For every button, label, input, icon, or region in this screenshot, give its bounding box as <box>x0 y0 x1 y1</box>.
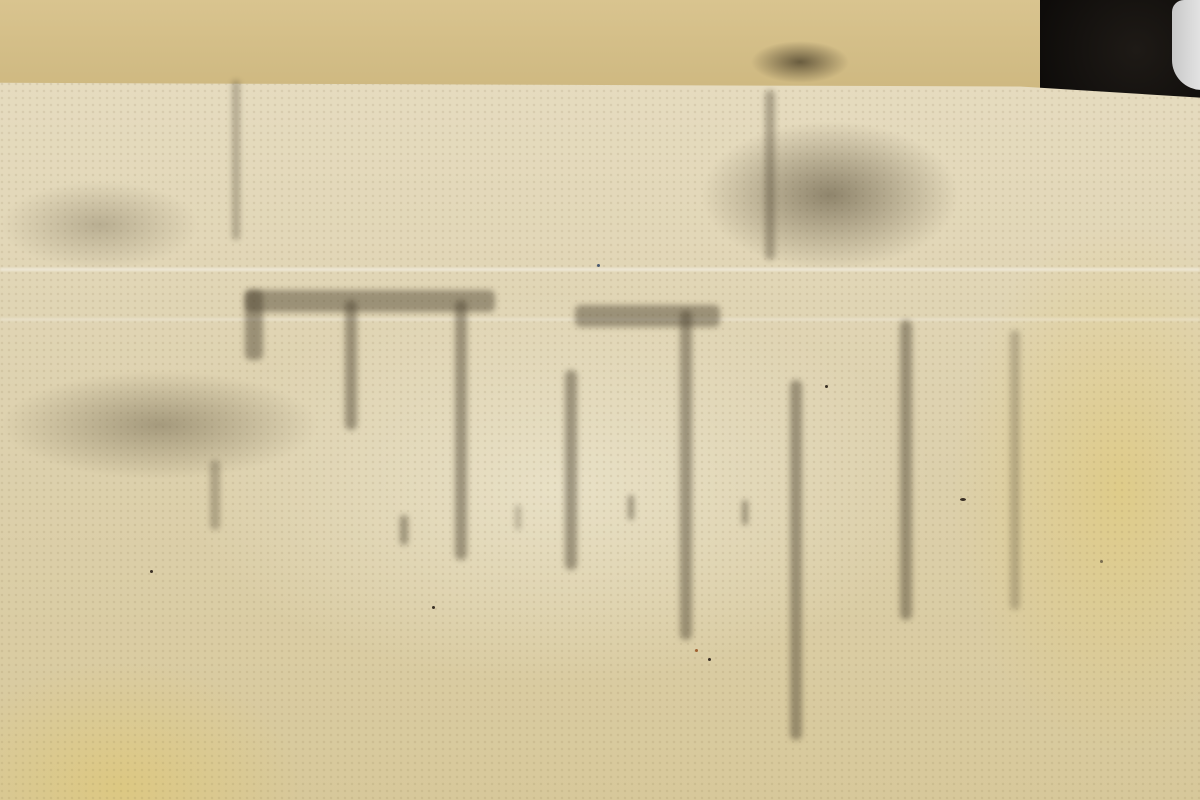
stain-mark <box>742 500 748 525</box>
stain-streak <box>1010 330 1020 610</box>
stain-streak <box>565 370 577 570</box>
stain-streak <box>232 80 240 240</box>
stain-streak <box>455 300 467 560</box>
stain-streak <box>245 290 263 360</box>
stain-band <box>575 305 720 327</box>
stain-smudge <box>0 370 320 480</box>
towel-fold-line <box>0 268 1200 271</box>
stain-streak <box>790 380 802 740</box>
debris-speck <box>960 498 966 501</box>
stain-mark <box>628 495 634 520</box>
stain-streak <box>680 310 692 640</box>
white-object <box>1172 0 1200 90</box>
debris-speck <box>432 606 435 609</box>
stain-streak <box>765 90 775 260</box>
stain-streak <box>345 300 357 430</box>
stain-mark <box>515 505 521 530</box>
stain-smudge <box>700 120 960 270</box>
stain-streak <box>900 320 912 620</box>
debris-speck <box>150 570 153 573</box>
stain-streak <box>210 460 220 530</box>
debris-speck <box>708 658 711 661</box>
debris-speck <box>695 649 698 652</box>
debris-speck <box>1100 560 1103 563</box>
debris-speck <box>597 264 600 267</box>
photo-scene <box>0 0 1200 800</box>
debris-speck <box>825 385 828 388</box>
stain-smudge <box>0 180 200 270</box>
stain-mark <box>400 515 408 545</box>
